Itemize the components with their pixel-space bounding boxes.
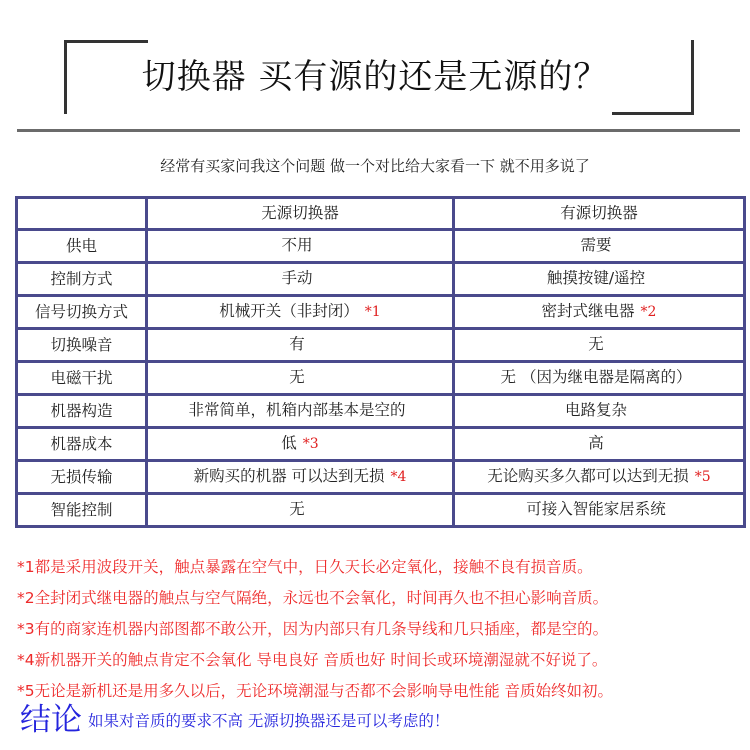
table-row: 供电 不用 需要 xyxy=(17,230,745,263)
active-value: 高 xyxy=(588,434,604,452)
passive-value: 新购买的机器 可以达到无损 xyxy=(194,467,385,485)
footnote-2: *2全封闭式继电器的触点与空气隔绝，永远也不会氧化，时间再久也不担心影响音质。 xyxy=(17,583,747,614)
passive-value: 非常简单，机箱内部基本是空的 xyxy=(188,401,405,419)
passive-cell: 无 xyxy=(147,362,454,395)
bracket-right-horizontal xyxy=(612,112,694,115)
active-value: 电路复杂 xyxy=(565,401,627,419)
passive-cell: 机械开关（非封闭）*1 xyxy=(147,296,454,329)
table-row: 电磁干扰 无 无 （因为继电器是隔离的） xyxy=(17,362,745,395)
table-row: 信号切换方式 机械开关（非封闭）*1 密封式继电器*2 xyxy=(17,296,745,329)
row-label: 控制方式 xyxy=(17,263,147,296)
header-cell-passive: 无源切换器 xyxy=(147,198,454,230)
page-subtitle: 经常有买家问我这个问题 做一个对比给大家看一下 就不用多说了 xyxy=(0,155,750,177)
table-row: 无损传输 新购买的机器 可以达到无损*4 无论购买多久都可以达到无损*5 xyxy=(17,461,745,494)
passive-cell: 有 xyxy=(147,329,454,362)
passive-cell: 新购买的机器 可以达到无损*4 xyxy=(147,461,454,494)
passive-cell: 不用 xyxy=(147,230,454,263)
footnote-mark: *5 xyxy=(695,469,711,485)
active-value: 需要 xyxy=(580,236,611,254)
table-row: 切换噪音 有 无 xyxy=(17,329,745,362)
passive-value: 有 xyxy=(289,335,305,353)
passive-cell: 低*3 xyxy=(147,428,454,461)
active-value: 无 （因为继电器是隔离的） xyxy=(501,368,692,386)
header-cell-empty xyxy=(17,198,147,230)
active-cell: 触摸按键/遥控 xyxy=(454,263,745,296)
active-cell: 无 （因为继电器是隔离的） xyxy=(454,362,745,395)
active-value: 密封式继电器 xyxy=(542,302,635,320)
row-label: 机器构造 xyxy=(17,395,147,428)
row-label: 供电 xyxy=(17,230,147,263)
footnote-4: *4新机器开关的触点肯定不会氧化 导电良好 音质也好 时间长或环境潮湿就不好说了… xyxy=(17,645,747,676)
row-label: 信号切换方式 xyxy=(17,296,147,329)
passive-cell: 手动 xyxy=(147,263,454,296)
active-cell: 可接入智能家居系统 xyxy=(454,494,745,527)
footnote-mark: *1 xyxy=(365,304,381,320)
passive-value: 无 xyxy=(289,500,305,518)
comparison-table: 无源切换器 有源切换器 供电 不用 需要 控制方式 手动 触摸按键/遥控 信号切… xyxy=(15,196,746,528)
active-cell: 无论购买多久都可以达到无损*5 xyxy=(454,461,745,494)
passive-value: 低 xyxy=(281,434,297,452)
active-cell: 密封式继电器*2 xyxy=(454,296,745,329)
passive-value: 机械开关（非封闭） xyxy=(219,302,359,320)
active-value: 无论购买多久都可以达到无损 xyxy=(487,467,689,485)
table-row: 控制方式 手动 触摸按键/遥控 xyxy=(17,263,745,296)
passive-cell: 无 xyxy=(147,494,454,527)
footnote-mark: *4 xyxy=(391,469,407,485)
footnotes: *1都是采用波段开关，触点暴露在空气中，日久天长必定氧化，接触不良有损音质。 *… xyxy=(17,552,747,707)
footnote-1: *1都是采用波段开关，触点暴露在空气中，日久天长必定氧化，接触不良有损音质。 xyxy=(17,552,747,583)
conclusion: 结论如果对音质的要求不高 无源切换器还是可以考虑的！ xyxy=(20,700,449,740)
table-row: 机器成本 低*3 高 xyxy=(17,428,745,461)
active-cell: 电路复杂 xyxy=(454,395,745,428)
footnote-mark: *3 xyxy=(303,436,319,452)
conclusion-heading: 结论 xyxy=(20,702,82,738)
row-label: 电磁干扰 xyxy=(17,362,147,395)
active-value: 可接入智能家居系统 xyxy=(526,500,666,518)
passive-value: 不用 xyxy=(281,236,312,254)
active-value: 触摸按键/遥控 xyxy=(547,269,645,287)
bracket-left-horizontal xyxy=(64,40,148,43)
footnote-3: *3有的商家连机器内部图都不敢公开，因为内部只有几条导线和几只插座，都是空的。 xyxy=(17,614,747,645)
active-value: 无 xyxy=(588,335,604,353)
row-label: 机器成本 xyxy=(17,428,147,461)
page-title: 切换器 买有源的还是无源的？ xyxy=(0,52,750,102)
row-label: 智能控制 xyxy=(17,494,147,527)
table-row: 机器构造 非常简单，机箱内部基本是空的 电路复杂 xyxy=(17,395,745,428)
footnote-mark: *2 xyxy=(641,304,657,320)
title-separator xyxy=(17,129,740,132)
table-header-row: 无源切换器 有源切换器 xyxy=(17,198,745,230)
active-cell: 无 xyxy=(454,329,745,362)
row-label: 切换噪音 xyxy=(17,329,147,362)
active-cell: 高 xyxy=(454,428,745,461)
table-row: 智能控制 无 可接入智能家居系统 xyxy=(17,494,745,527)
conclusion-text: 如果对音质的要求不高 无源切换器还是可以考虑的！ xyxy=(88,712,449,730)
header-cell-active: 有源切换器 xyxy=(454,198,745,230)
passive-value: 手动 xyxy=(281,269,312,287)
passive-cell: 非常简单，机箱内部基本是空的 xyxy=(147,395,454,428)
passive-value: 无 xyxy=(289,368,305,386)
active-cell: 需要 xyxy=(454,230,745,263)
row-label: 无损传输 xyxy=(17,461,147,494)
